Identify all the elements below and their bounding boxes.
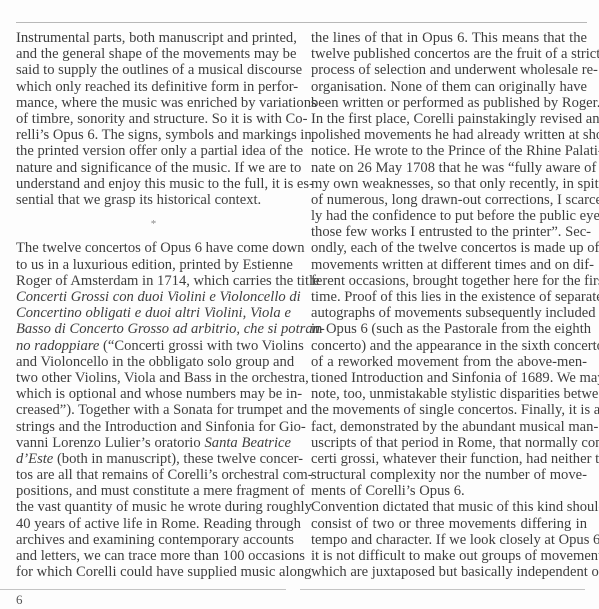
text-line: mance, where the music was enriched by v… [16,95,291,111]
text-line: the movements of single concertos. Final… [311,402,587,418]
text-line: d’Este (both in manuscript), these twelv… [16,451,291,467]
italic-title-fragment: no radoppiare [16,338,99,354]
text-line: fact, demonstrated by the abundant music… [311,419,587,435]
text-line: no radoppiare (“Concerti grossi with two… [16,338,291,354]
text-line: two other Violins, Viola and Bass in the… [16,370,291,386]
text-line: it is not difficult to make out groups o… [311,548,587,564]
text-line: notice. He wrote to the Prince of the Rh… [311,143,587,159]
text-line: tos are all that remains of Corelli’s or… [16,467,291,483]
text-line: structural complexity nor the number of … [311,467,587,483]
text-line: and the general shape of the movements m… [16,46,291,62]
text-line: polished movements he had already writte… [311,127,587,143]
text-line: Convention dictated that music of this k… [311,499,587,515]
text-line: sential that we grasp its historical con… [16,192,291,208]
text-line: of a reworked movement from the above-me… [311,354,587,370]
right-column: the lines of that in Opus 6. This means … [311,30,587,580]
text-line: autographs of movements subsequently inc… [311,305,587,321]
text-line: concerto) and the appearance in the sixt… [311,338,587,354]
text-line: 40 years of active life in Rome. Reading… [16,516,291,532]
italic-title-line: Concertino obligati e duoi altri Violini… [16,305,291,321]
bottom-rule-left [0,589,286,590]
text-line: note, too, unmistakable stylistic dispar… [311,386,587,402]
top-rule [16,22,587,23]
text-line: the vast quantity of music he wrote duri… [16,499,291,515]
text-line: strings and the Introduction and Sinfoni… [16,419,291,435]
italic-title-fragment: d’Este [16,451,53,467]
text-line: organisation. None of them can originall… [311,79,587,95]
paragraph-convention: Convention dictated that music of this k… [311,499,587,580]
bottom-rule-right [300,589,585,590]
text-line: the printed version offer only a partial… [16,143,291,159]
text-line: uscripts of that period in Rome, that no… [311,435,587,451]
text-line: nate on 26 May 1708 that he was “fully a… [311,160,587,176]
text-line: vanni Lorenzo Lulier’s oratorio Santa Be… [16,435,291,451]
text-line: In the first place, Corelli painstakingl… [311,111,587,127]
text-line: which is optional and whose numbers may … [16,386,291,402]
text-line: tempo and character. If we look closely … [311,532,587,548]
text-line: time. Proof of this lies in the existenc… [311,289,587,305]
text-line: certi grossi, whatever their function, h… [311,451,587,467]
text-line: in Opus 6 (such as the Pastorale from th… [311,321,587,337]
text-line: for which Corelli could have supplied mu… [16,564,291,580]
text-line: ments of Corelli’s Opus 6. [311,483,587,499]
text-line: said to supply the outlines of a musical… [16,62,291,78]
text-line: which are juxtaposed but basically indep… [311,564,587,580]
text-line: the lines of that in Opus 6. This means … [311,30,587,46]
text-line: of numerous, long drawn-out corrections,… [311,192,587,208]
text-line: movements written at different times and… [311,257,587,273]
text-line: of timbre, sonority and structure. So it… [16,111,291,127]
text-line: twelve published concertos are the fruit… [311,46,587,62]
text-fragment: (“Concerti grossi with two Violins [99,338,303,354]
text-line: Roger of Amsterdam in 1714, which carrie… [16,273,291,289]
italic-title-line: Basso di Concerto Grosso ad arbitrio, ch… [16,321,291,337]
text-line: positions, and must constitute a mere fr… [16,483,291,499]
italic-title-line: Concerti Grossi con duoi Violini e Violo… [16,289,291,305]
page-number: 6 [16,592,23,608]
paragraph-historical-context: Instrumental parts, both manuscript and … [16,30,291,208]
text-line: ondly, each of the twelve concertos is m… [311,240,587,256]
left-column: Instrumental parts, both manuscript and … [16,30,291,580]
text-line: those few works I entrusted to the print… [311,224,587,240]
paragraph-selection-reorganisation: the lines of that in Opus 6. This means … [311,30,587,499]
text-line: nature and significance of the music. If… [16,160,291,176]
italic-title-fragment: Santa Beatrice [204,435,291,451]
text-line: relli’s Opus 6. The signs, symbols and m… [16,127,291,143]
document-page: Instrumental parts, both manuscript and … [0,0,599,609]
text-line: archives and examining contemporary acco… [16,532,291,548]
text-line: The twelve concertos of Opus 6 have come… [16,240,291,256]
text-line: understand and enjoy this music to the f… [16,176,291,192]
text-line: process of selection and underwent whole… [311,62,587,78]
text-line: and Violoncello in the obbligato solo gr… [16,354,291,370]
text-line: and letters, we can trace more than 100 … [16,548,291,564]
section-separator-asterisk: * [16,208,291,240]
paragraph-opus6-edition: The twelve concertos of Opus 6 have come… [16,240,291,580]
text-line: my own weaknesses, so that only recently… [311,176,587,192]
text-fragment: (both in manuscript), these twelve conce… [53,451,303,467]
text-line: ly had the confidence to put before the … [311,208,587,224]
text-line: been written or performed as published b… [311,95,587,111]
text-fragment: vanni Lorenzo Lulier’s oratorio [16,435,204,451]
text-line: consist of two or three movements differ… [311,516,587,532]
text-line: ferent occasions, brought together here … [311,273,587,289]
text-line: tioned Introduction and Sinfonia of 1689… [311,370,587,386]
text-line: which only reached its definitive form i… [16,79,291,95]
text-line: creased”). Together with a Sonata for tr… [16,402,291,418]
text-line: Instrumental parts, both manuscript and … [16,30,291,46]
text-line: to us in a luxurious edition, printed by… [16,257,291,273]
